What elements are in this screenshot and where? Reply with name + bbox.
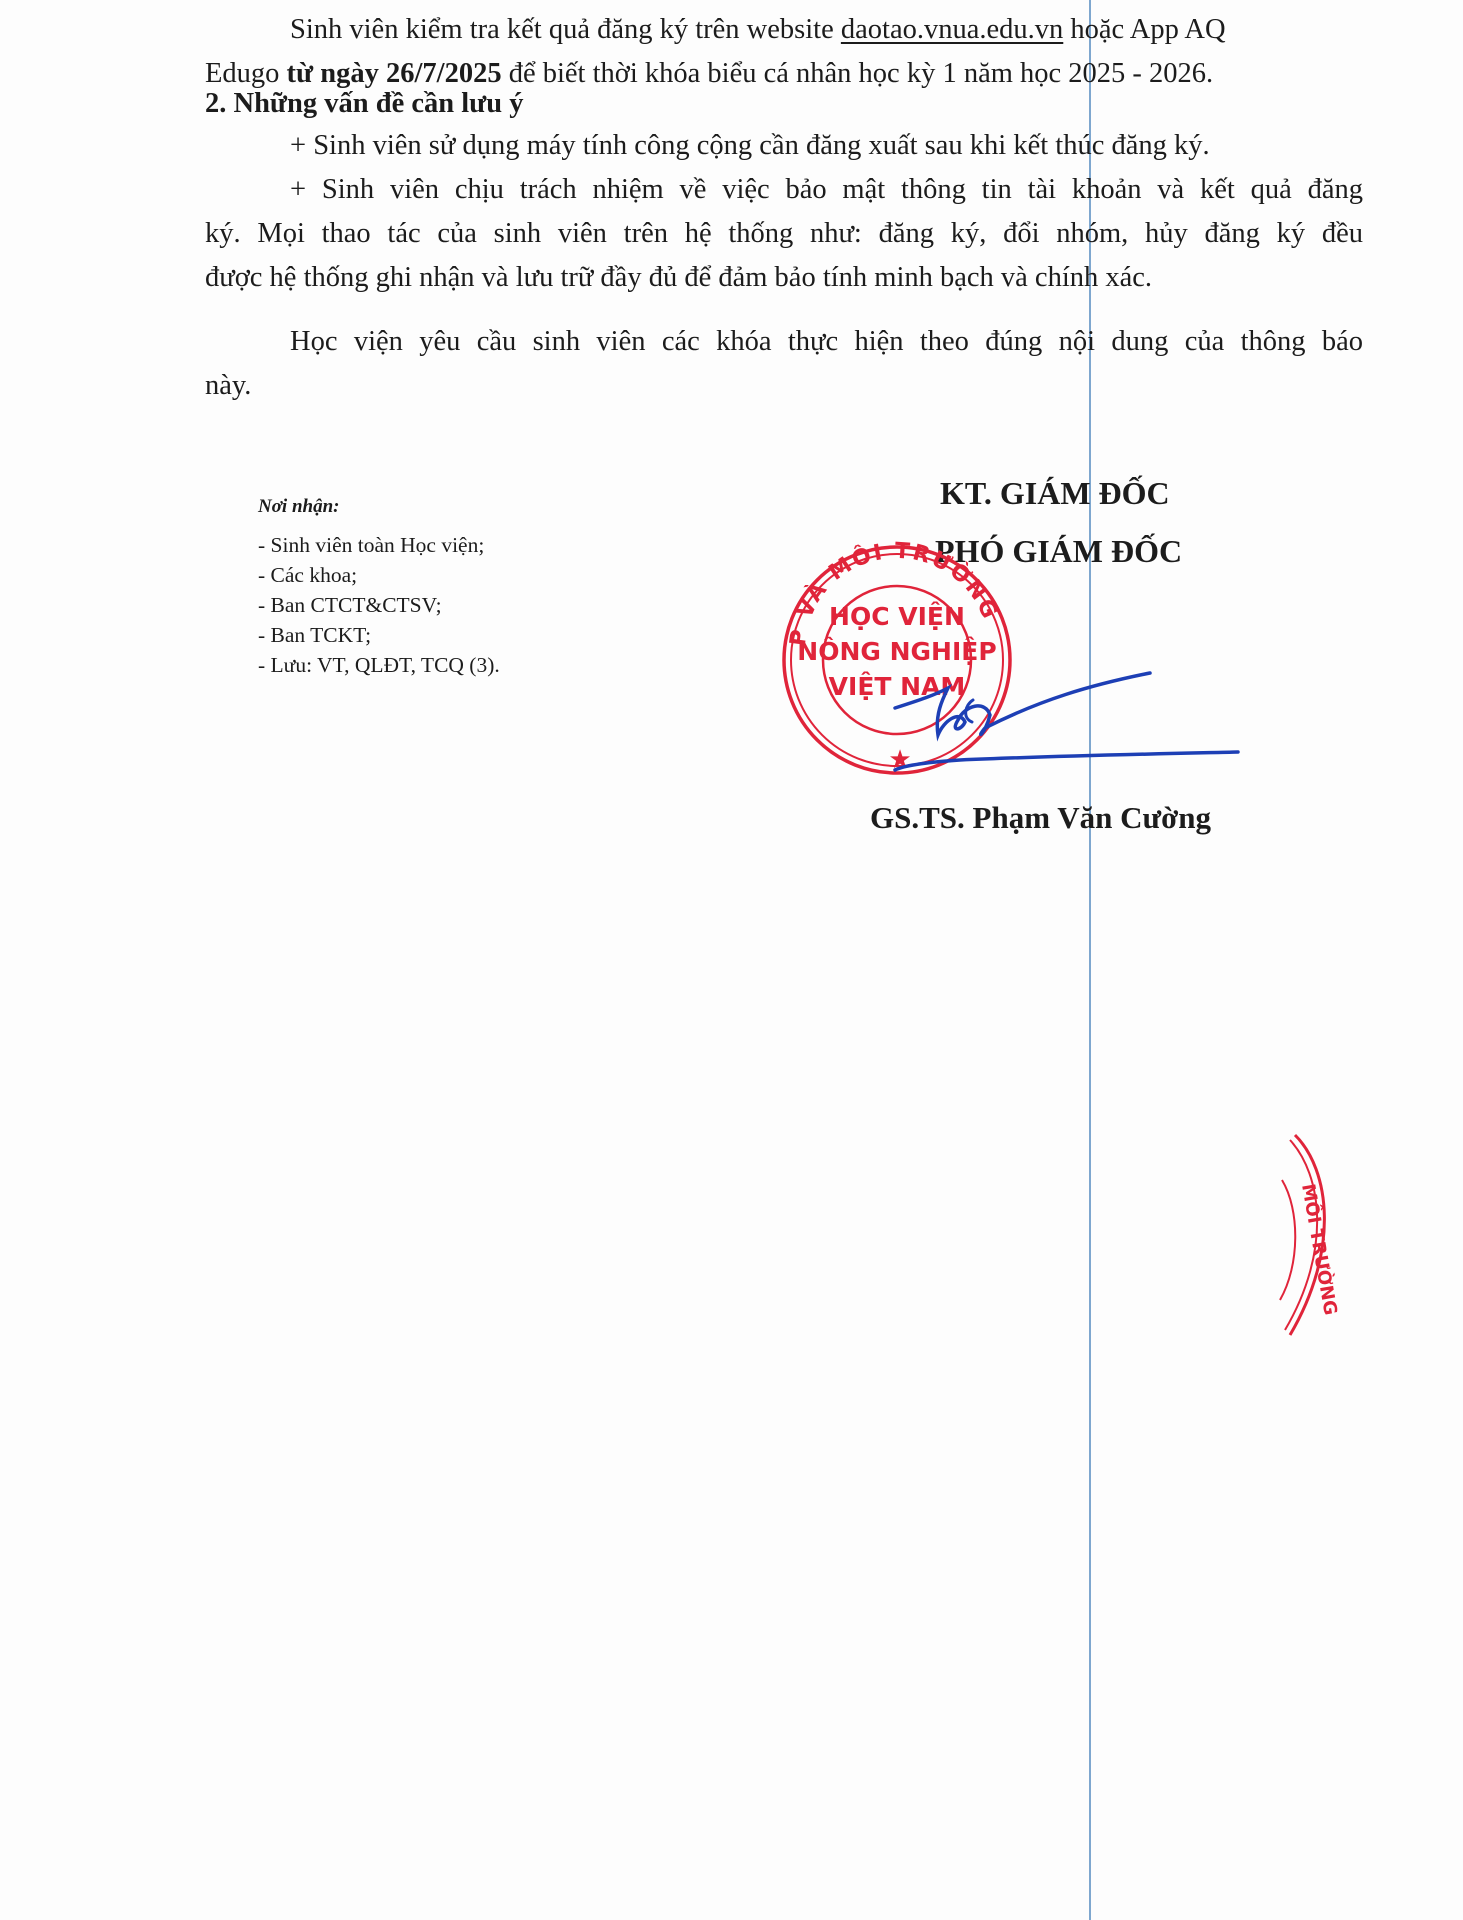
partial-stamp-icon — [1280, 1135, 1324, 1335]
closing-line-1: Học viện yêu cầu sinh viên các khóa thực… — [205, 320, 1363, 364]
handwritten-signature-icon — [895, 673, 1238, 770]
svg-text:NÔNG NGHIỆP: NÔNG NGHIỆP — [797, 636, 996, 666]
recipient-item: - Các khoa; — [258, 560, 500, 590]
note-item-2-line-3: được hệ thống ghi nhận và lưu trữ đầy đủ… — [205, 256, 1363, 300]
official-stamp-icon — [784, 547, 1010, 773]
recipient-item: - Ban TCKT; — [258, 620, 500, 650]
results-line-1: Sinh viên kiểm tra kết quả đăng ký trên … — [205, 8, 1363, 52]
closing-paragraph: Học viện yêu cầu sinh viên các khóa thực… — [205, 320, 1363, 408]
note-item-1: + Sinh viên sử dụng máy tính công cộng c… — [205, 124, 1363, 168]
svg-text:VIỆT NAM: VIỆT NAM — [829, 671, 966, 701]
star-icon: ★ — [888, 745, 911, 775]
recipients-title: Nơi nhận: — [258, 492, 500, 522]
section-heading: 2. Những vấn đề cần lưu ý — [205, 82, 1363, 126]
document-page: Sinh viên kiểm tra kết quả đăng ký trên … — [0, 0, 1463, 1920]
section-heading-container: 2. Những vấn đề cần lưu ý — [205, 82, 1363, 126]
website-link[interactable]: daotao.vnua.edu.vn — [841, 14, 1063, 45]
recipient-item: - Ban CTCT&CTSV; — [258, 590, 500, 620]
recipient-item: - Sinh viên toàn Học viện; — [258, 530, 500, 560]
recipients-block: Nơi nhận: - Sinh viên toàn Học viện; - C… — [258, 492, 500, 680]
note-item-2-line-1: + Sinh viên chịu trách nhiệm về việc bảo… — [205, 168, 1363, 212]
recipient-item: - Lưu: VT, QLĐT, TCQ (3). — [258, 650, 500, 680]
note-item-2-line-2: ký. Mọi thao tác của sinh viên trên hệ t… — [205, 212, 1363, 256]
signature-title-line-1: KT. GIÁM ĐỐC — [940, 475, 1170, 512]
signature-title-line-2: PHÓ GIÁM ĐỐC — [935, 533, 1182, 570]
signer-name: GS.TS. Phạm Văn Cường — [870, 800, 1211, 836]
recipients-list: - Sinh viên toàn Học viện; - Các khoa; -… — [258, 530, 500, 680]
notes-list: + Sinh viên sử dụng máy tính công cộng c… — [205, 124, 1363, 300]
svg-text:HỌC VIỆN: HỌC VIỆN — [829, 601, 965, 631]
closing-line-2: này. — [205, 364, 1363, 408]
partial-stamp-text: MÔI TRƯỜNG — [1297, 1182, 1342, 1317]
